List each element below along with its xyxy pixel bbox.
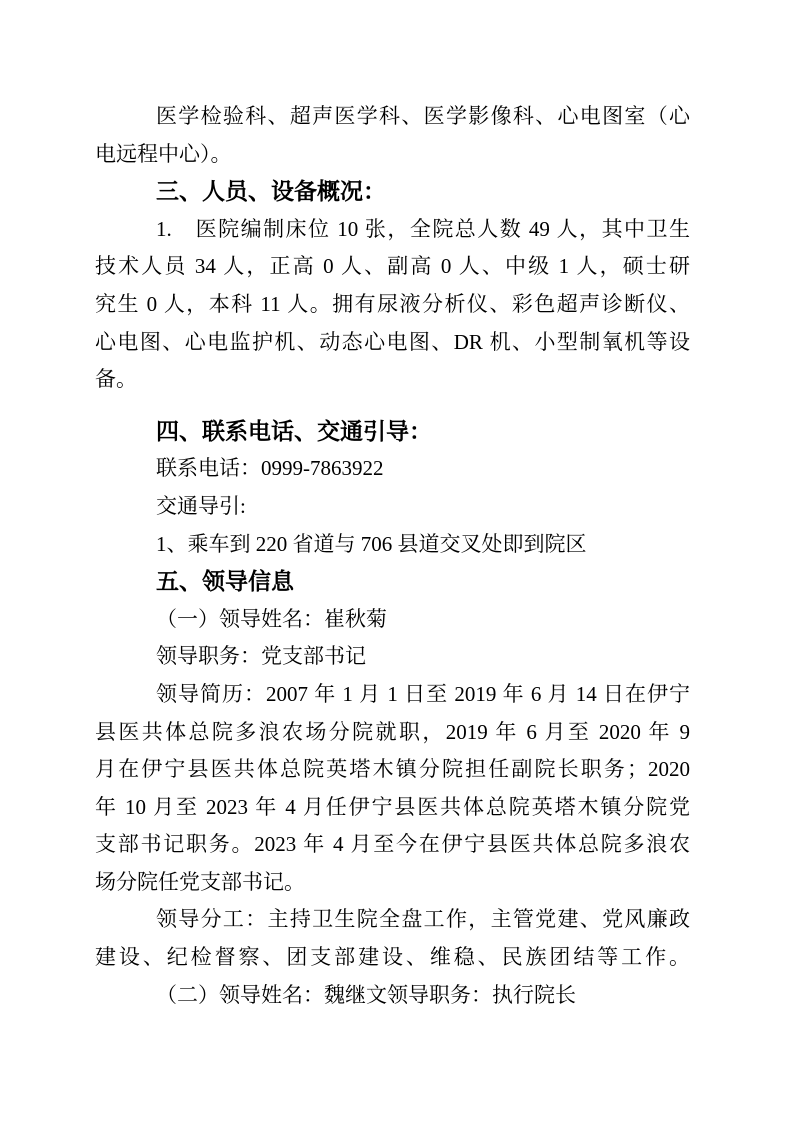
document-page: 医学检验科、超声医学科、医学影像科、心电图室（心电远程中心）。三、人员、设备概况…	[0, 0, 793, 1122]
staff-equipment-overview-line-4: 心电图、心电监护机、动态心电图、DR 机、小型制氧机等设	[95, 324, 690, 362]
leader-1-title: 领导职务：党支部书记	[95, 638, 690, 676]
heading-section-4-line-1: 四、联系电话、交通引导：	[95, 413, 690, 451]
leader-1-resume-line-1: 领导简历：2007 年 1 月 1 日至 2019 年 6 月 14 日在伊宁	[95, 676, 690, 714]
staff-equipment-overview-line-5: 备。	[95, 361, 690, 399]
leader-2-name: （二）领导姓名：魏继文领导职务：执行院长	[95, 977, 690, 1015]
leader-1-resume-line-3: 月在伊宁县医共体总院英塔木镇分院担任副院长职务；2020	[95, 751, 690, 789]
heading-section-5: 五、领导信息	[95, 563, 690, 601]
traffic-guide-item-1: 1、乘车到 220 省道与 706 县道交叉处即到院区	[95, 526, 690, 564]
department-list-tail: 医学检验科、超声医学科、医学影像科、心电图室（心电远程中心）。	[95, 98, 690, 173]
leader-1-name: （一）领导姓名：崔秋菊	[95, 601, 690, 639]
department-list-tail-line-1: 医学检验科、超声医学科、医学影像科、心电图室（心	[95, 98, 690, 136]
contact-phone-line-1: 联系电话：0999-7863922	[95, 450, 690, 488]
staff-equipment-overview-line-3: 究生 0 人，本科 11 人。拥有尿液分析仪、彩色超声诊断仪、	[95, 286, 690, 324]
traffic-guide-label: 交通导引:	[95, 488, 690, 526]
leader-2-name-line-1: （二）领导姓名：魏继文领导职务：执行院长	[95, 977, 690, 1015]
leader-1-resume-line-4: 年 10 月至 2023 年 4 月任伊宁县医共体总院英塔木镇分院党	[95, 789, 690, 827]
leader-1-duties: 领导分工：主持卫生院全盘工作，主管党建、党风廉政建设、纪检督察、团支部建设、维稳…	[95, 901, 690, 976]
leader-1-name-line-1: （一）领导姓名：崔秋菊	[95, 601, 690, 639]
leader-1-duties-line-2: 建设、纪检督察、团支部建设、维稳、民族团结等工作。	[95, 939, 690, 977]
leader-1-title-line-1: 领导职务：党支部书记	[95, 638, 690, 676]
traffic-guide-item-1-line-1: 1、乘车到 220 省道与 706 县道交叉处即到院区	[95, 526, 690, 564]
heading-section-4: 四、联系电话、交通引导：	[95, 413, 690, 451]
leader-1-resume-line-5: 支部书记职务。2023 年 4 月至今在伊宁县医共体总院多浪农	[95, 826, 690, 864]
department-list-tail-line-2: 电远程中心）。	[95, 136, 690, 174]
staff-equipment-overview: 1. 医院编制床位 10 张，全院总人数 49 人，其中卫生技术人员 34 人，…	[95, 211, 690, 399]
document-content: 医学检验科、超声医学科、医学影像科、心电图室（心电远程中心）。三、人员、设备概况…	[95, 98, 690, 1014]
heading-section-5-line-1: 五、领导信息	[95, 563, 690, 601]
leader-1-resume: 领导简历：2007 年 1 月 1 日至 2019 年 6 月 14 日在伊宁县…	[95, 676, 690, 902]
leader-1-duties-line-1: 领导分工：主持卫生院全盘工作，主管党建、党风廉政	[95, 901, 690, 939]
staff-equipment-overview-line-2: 技术人员 34 人，正高 0 人、副高 0 人、中级 1 人，硕士研	[95, 248, 690, 286]
leader-1-resume-line-6: 场分院任党支部书记。	[95, 864, 690, 902]
leader-1-resume-line-2: 县医共体总院多浪农场分院就职，2019 年 6 月至 2020 年 9	[95, 714, 690, 752]
contact-phone: 联系电话：0999-7863922	[95, 450, 690, 488]
traffic-guide-label-line-1: 交通导引:	[95, 488, 690, 526]
staff-equipment-overview-line-1: 1. 医院编制床位 10 张，全院总人数 49 人，其中卫生	[95, 211, 690, 249]
heading-section-3-line-1: 三、人员、设备概况：	[95, 173, 690, 211]
heading-section-3: 三、人员、设备概况：	[95, 173, 690, 211]
